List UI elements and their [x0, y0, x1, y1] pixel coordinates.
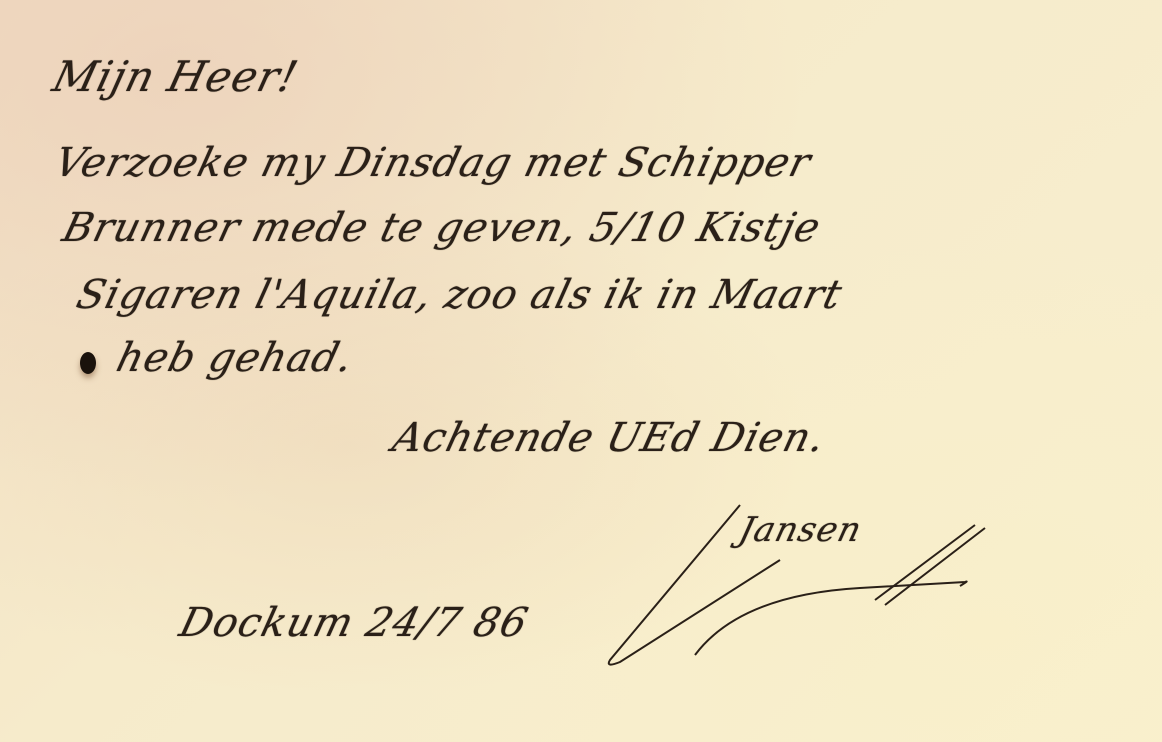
body-line-3: Sigaren l'Aquila, zoo als ik in Maart — [72, 272, 847, 318]
letter-page: Mijn Heer! Verzoeke my Dinsdag met Schip… — [0, 0, 1162, 742]
salutation: Mijn Heer! — [48, 52, 303, 101]
ink-blot — [80, 352, 96, 374]
body-line-4: heb gehad. — [112, 335, 358, 381]
body-line-1: Verzoeke my Dinsdag met Schipper — [50, 140, 816, 186]
closing-phrase: Achtende UEd Dien. — [388, 415, 830, 461]
signature: Jansen — [735, 510, 866, 550]
place-and-date: Dockum 24/7 86 — [175, 600, 533, 646]
body-line-2: Brunner mede te geven, 5/10 Kistje — [58, 205, 825, 251]
